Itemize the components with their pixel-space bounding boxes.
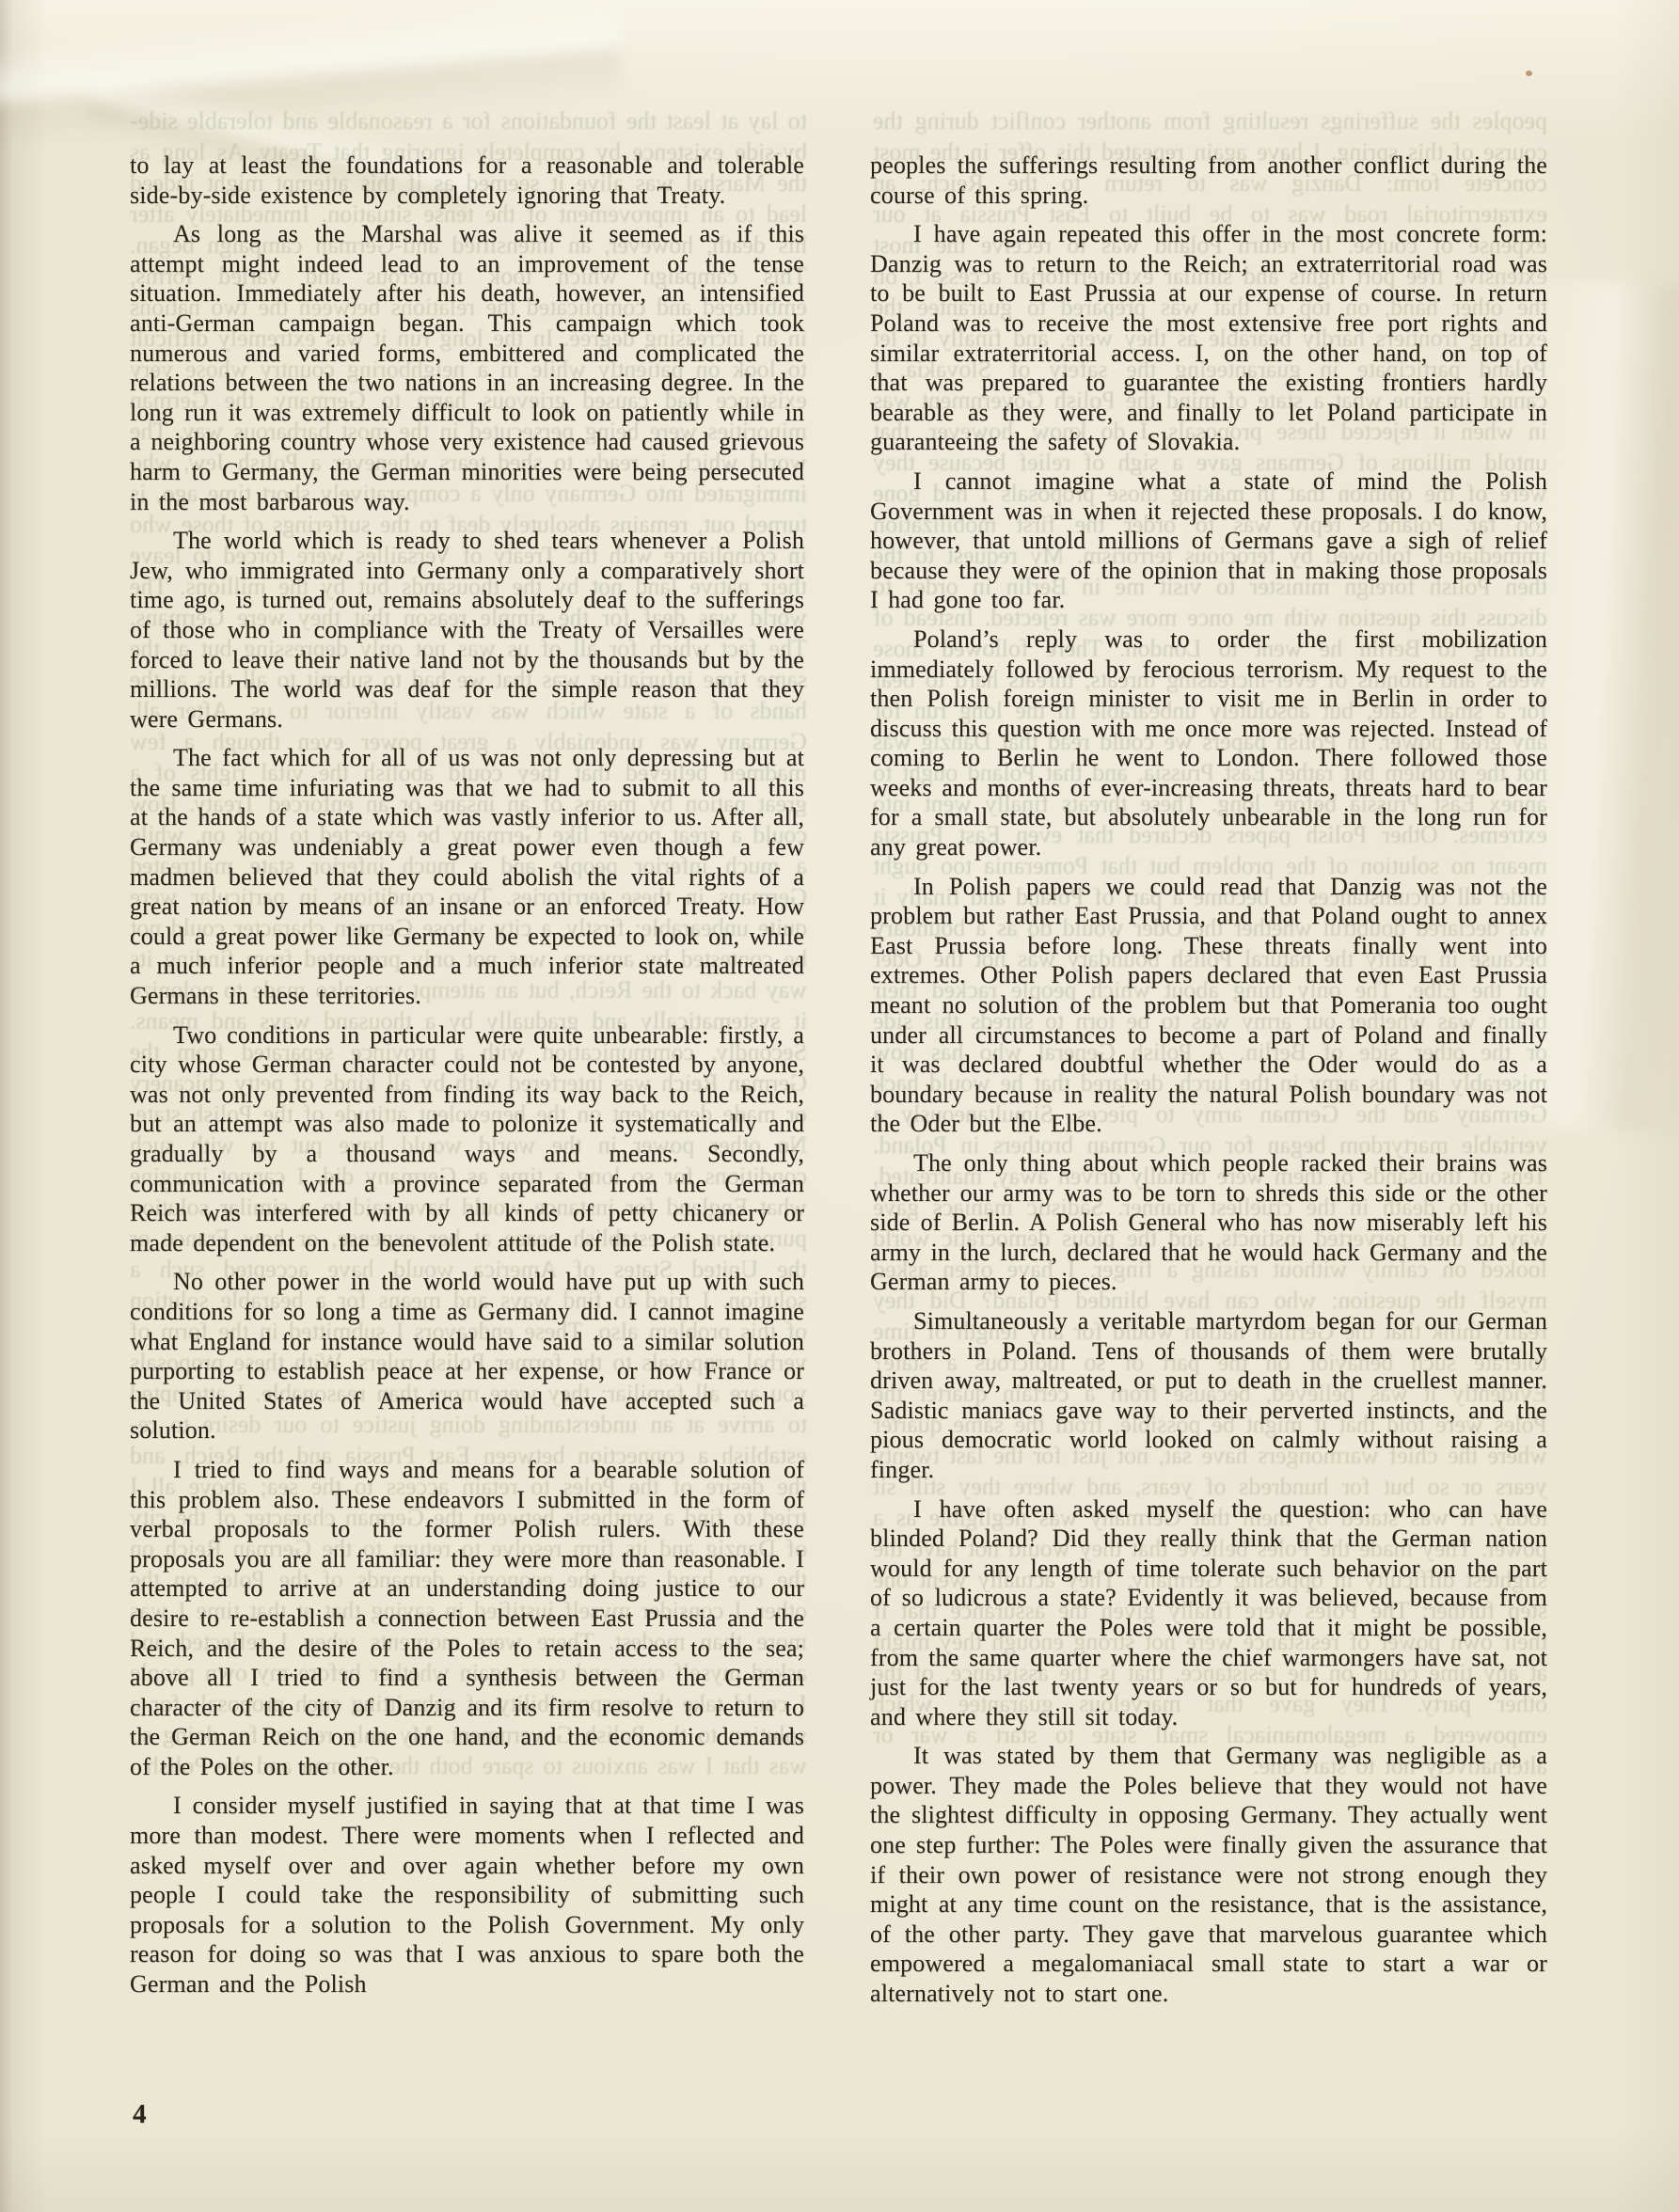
left-column: to lay at least the foundations for a re… <box>130 150 804 2018</box>
paper-fleck <box>1526 71 1532 76</box>
paragraph: to lay at least the foundations for a re… <box>130 150 804 210</box>
paper-crease <box>0 0 624 157</box>
paragraph: Poland’s reply was to order the first mo… <box>870 624 1547 862</box>
paragraph: The fact which for all of us was not onl… <box>130 743 804 1010</box>
paragraph: The world which is ready to shed tears w… <box>130 526 804 734</box>
paragraph: No other power in the world would have p… <box>130 1267 804 1446</box>
paragraph: I have often asked myself the question: … <box>870 1494 1547 1732</box>
right-column: peoples the sufferings resulting from an… <box>870 150 1547 2018</box>
paragraph: Two conditions in particular were quite … <box>130 1020 804 1258</box>
paragraph: I have again repeated this offer in the … <box>870 219 1547 457</box>
document-page: peoples the sufferings resulting from an… <box>0 0 1679 2212</box>
paragraph: The only thing about which people racked… <box>870 1148 1547 1297</box>
paragraph: I consider myself justified in saying th… <box>130 1791 804 1999</box>
paragraph: As long as the Marshal was alive it seem… <box>130 219 804 516</box>
paragraph: I tried to find ways and means for a bea… <box>130 1455 804 1782</box>
paragraph: It was stated by them that Germany was n… <box>870 1741 1547 2008</box>
paragraph: I cannot imagine what a state of mind th… <box>870 466 1547 615</box>
page-number: 4 <box>133 2099 147 2130</box>
page-body: to lay at least the foundations for a re… <box>130 150 1547 2018</box>
paragraph: Simultaneously a veritable martyrdom beg… <box>870 1306 1547 1485</box>
paragraph: peoples the sufferings resulting from an… <box>870 150 1547 210</box>
paragraph: In Polish papers we could read that Danz… <box>870 872 1547 1139</box>
